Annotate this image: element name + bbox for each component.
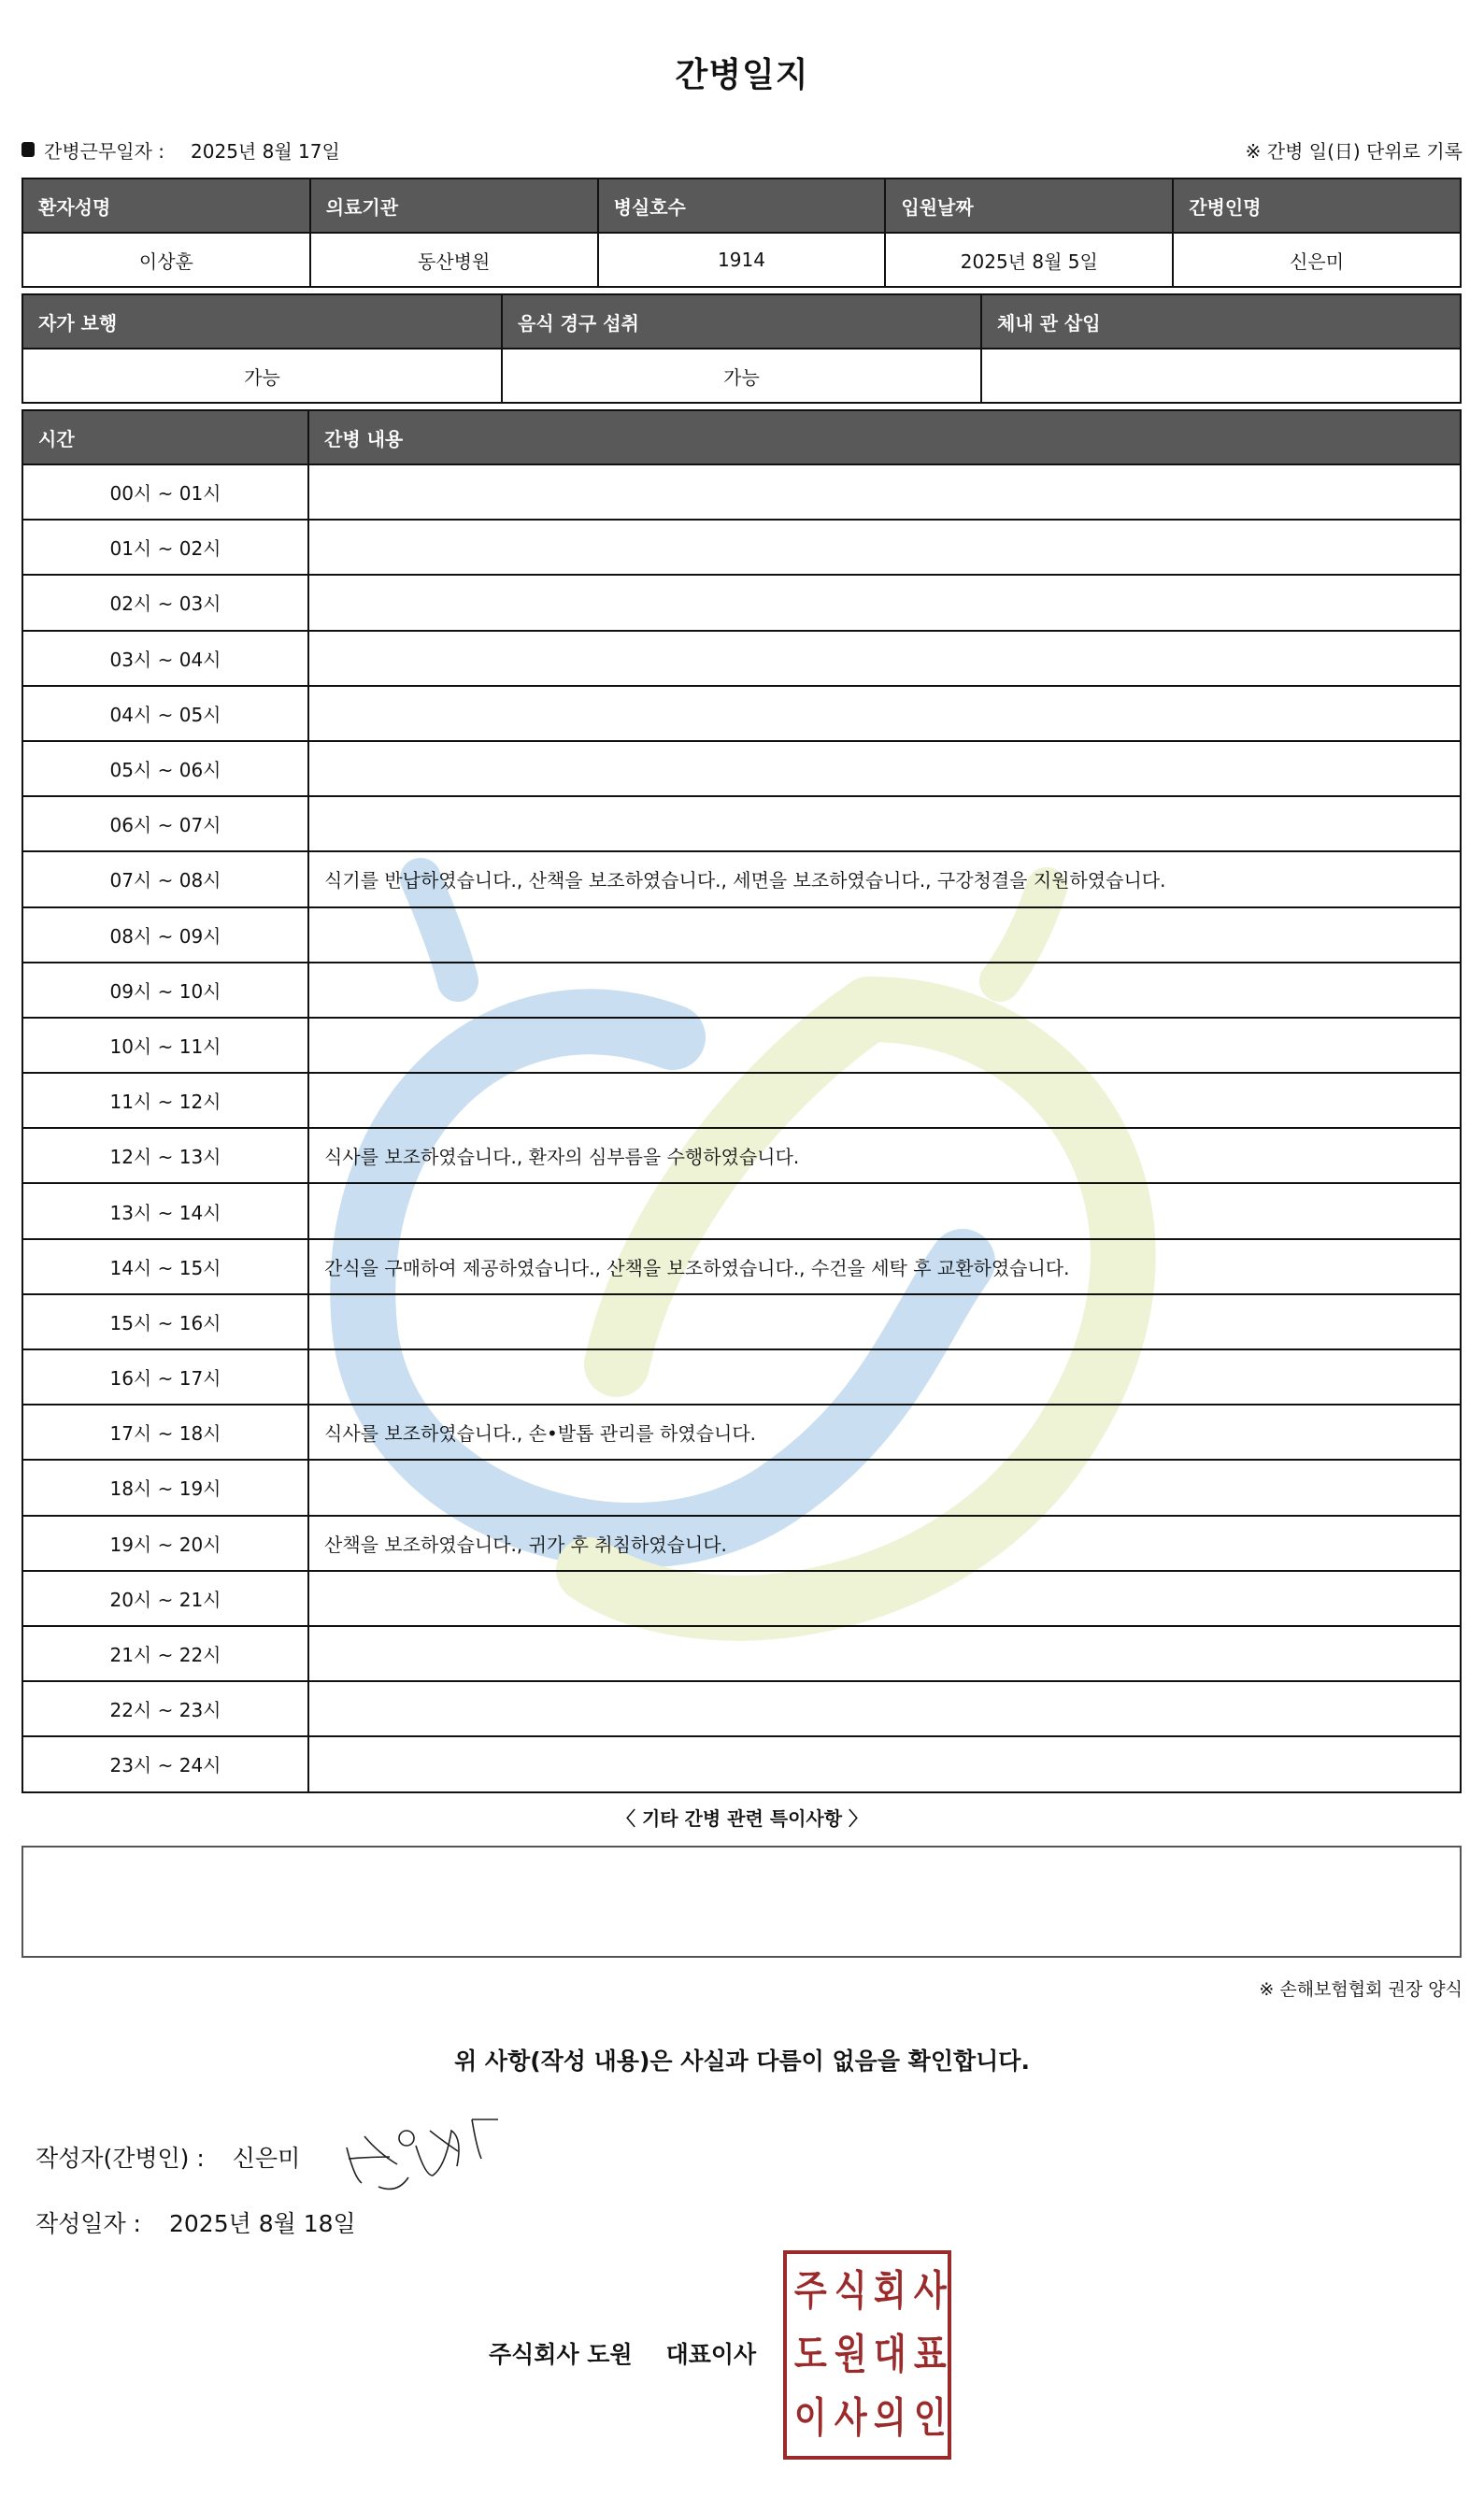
time-slot: 20시 ~ 21시	[22, 1571, 308, 1626]
patient-info-value[interactable]: 신은미	[1173, 233, 1461, 287]
notes-heading: 〈 기타 간병 관련 특이사항 〉	[0, 1804, 1484, 1831]
seal-character: 인	[913, 2387, 946, 2450]
content-column-header: 간병 내용	[308, 410, 1461, 464]
writer-label: 작성자(간병인) :	[36, 2140, 205, 2174]
time-slot: 19시 ~ 20시	[22, 1516, 308, 1571]
table-row: 02시 ~ 03시	[22, 575, 1461, 630]
meta-row: 간병근무일자 : 2025년 8월 17일 ※ 간병 일(日) 단위로 기록	[21, 136, 1463, 164]
ability-info-table: 자가 보행음식 경구 섭취체내 관 삽입 가능가능	[21, 293, 1462, 404]
care-content-cell[interactable]	[308, 1294, 1461, 1349]
care-content-cell[interactable]: 간식을 구매하여 제공하였습니다., 산책을 보조하였습니다., 수건을 세탁 …	[308, 1239, 1461, 1294]
time-slot: 14시 ~ 15시	[22, 1239, 308, 1294]
ability-info-value[interactable]: 가능	[502, 349, 981, 403]
ability-info-header: 자가 보행	[22, 294, 502, 349]
care-content-cell[interactable]	[308, 1571, 1461, 1626]
care-content-cell[interactable]	[308, 1460, 1461, 1515]
time-slot: 08시 ~ 09시	[22, 907, 308, 963]
table-row: 21시 ~ 22시	[22, 1626, 1461, 1681]
table-row: 12시 ~ 13시식사를 보조하였습니다., 환자의 심부름을 수행하였습니다.	[22, 1128, 1461, 1183]
work-date-label: 간병근무일자 :	[44, 136, 164, 164]
patient-info-value[interactable]: 동산병원	[310, 233, 598, 287]
patient-info-header: 병실호수	[598, 178, 886, 233]
written-date-row: 작성일자 : 2025년 8월 18일	[36, 2205, 356, 2239]
seal-character: 도	[794, 2323, 827, 2387]
work-date-value: 2025년 8월 17일	[191, 136, 340, 164]
time-slot: 09시 ~ 10시	[22, 963, 308, 1018]
care-content-cell[interactable]	[308, 963, 1461, 1018]
ability-info-value[interactable]	[981, 349, 1461, 403]
time-slot: 06시 ~ 07시	[22, 796, 308, 851]
care-content-cell[interactable]: 식사를 보조하였습니다., 손•발톱 관리를 하였습니다.	[308, 1405, 1461, 1460]
table-row: 19시 ~ 20시산책을 보조하였습니다., 귀가 후 취침하였습니다.	[22, 1516, 1461, 1571]
table-row: 06시 ~ 07시	[22, 796, 1461, 851]
confirmation-statement: 위 사항(작성 내용)은 사실과 다름이 없음을 확인합니다.	[0, 2043, 1484, 2076]
care-content-cell[interactable]	[308, 1626, 1461, 1681]
time-slot: 13시 ~ 14시	[22, 1183, 308, 1238]
seal-character: 의	[874, 2387, 906, 2450]
seal-character: 대	[874, 2323, 906, 2387]
time-column-header: 시간	[22, 410, 308, 464]
signature-icon	[341, 2110, 509, 2194]
time-slot: 05시 ~ 06시	[22, 741, 308, 796]
time-slot: 07시 ~ 08시	[22, 851, 308, 906]
table-row: 09시 ~ 10시	[22, 963, 1461, 1018]
table-row: 18시 ~ 19시	[22, 1460, 1461, 1515]
ability-info-header: 음식 경구 섭취	[502, 294, 981, 349]
care-content-cell[interactable]	[308, 1018, 1461, 1073]
time-slot: 21시 ~ 22시	[22, 1626, 308, 1681]
table-row: 01시 ~ 02시	[22, 520, 1461, 575]
care-content-cell[interactable]	[308, 1349, 1461, 1405]
time-slot: 01시 ~ 02시	[22, 520, 308, 575]
table-row: 05시 ~ 06시	[22, 741, 1461, 796]
time-slot: 18시 ~ 19시	[22, 1460, 308, 1515]
writer-name: 신은미	[233, 2140, 300, 2174]
care-content-cell[interactable]	[308, 907, 1461, 963]
table-row: 03시 ~ 04시	[22, 631, 1461, 686]
table-row: 14시 ~ 15시간식을 구매하여 제공하였습니다., 산책을 보조하였습니다.…	[22, 1239, 1461, 1294]
table-row: 23시 ~ 24시	[22, 1736, 1461, 1791]
written-date-label: 작성일자 :	[36, 2205, 141, 2239]
seal-character: 표	[913, 2323, 946, 2387]
time-slot: 22시 ~ 23시	[22, 1681, 308, 1736]
table-row: 00시 ~ 01시	[22, 464, 1461, 520]
table-row: 04시 ~ 05시	[22, 686, 1461, 741]
care-content-cell[interactable]	[308, 575, 1461, 630]
patient-info-header: 환자성명	[22, 178, 310, 233]
table-row: 10시 ~ 11시	[22, 1018, 1461, 1073]
table-row: 20시 ~ 21시	[22, 1571, 1461, 1626]
time-slot: 10시 ~ 11시	[22, 1018, 308, 1073]
table-row: 07시 ~ 08시식기를 반납하였습니다., 산책을 보조하였습니다., 세면을…	[22, 851, 1461, 906]
patient-info-header: 의료기관	[310, 178, 598, 233]
company-name: 주식회사 도원	[489, 2336, 633, 2370]
table-row: 16시 ~ 17시	[22, 1349, 1461, 1405]
table-row: 11시 ~ 12시	[22, 1073, 1461, 1128]
time-slot: 03시 ~ 04시	[22, 631, 308, 686]
record-note: ※ 간병 일(日) 단위로 기록	[1246, 136, 1463, 164]
ability-info-header: 체내 관 삽입	[981, 294, 1461, 349]
seal-character: 원	[834, 2323, 866, 2387]
care-content-cell[interactable]: 산책을 보조하였습니다., 귀가 후 취침하였습니다.	[308, 1516, 1461, 1571]
time-slot: 02시 ~ 03시	[22, 575, 308, 630]
square-bullet-icon	[21, 142, 35, 157]
company-row: 주식회사 도원 대표이사	[489, 2336, 756, 2370]
time-slot: 00시 ~ 01시	[22, 464, 308, 520]
notes-box[interactable]	[21, 1846, 1462, 1958]
seal-character: 이	[794, 2387, 827, 2450]
time-slot: 15시 ~ 16시	[22, 1294, 308, 1349]
care-content-cell[interactable]	[308, 631, 1461, 686]
document-title: 간병일지	[0, 49, 1484, 96]
time-slot: 11시 ~ 12시	[22, 1073, 308, 1128]
care-content-cell[interactable]	[308, 796, 1461, 851]
seal-character: 사	[834, 2387, 866, 2450]
time-slot: 12시 ~ 13시	[22, 1128, 308, 1183]
care-content-cell[interactable]	[308, 520, 1461, 575]
care-content-cell[interactable]	[308, 1736, 1461, 1791]
patient-info-header: 입원날짜	[885, 178, 1173, 233]
patient-info-table: 환자성명의료기관병실호수입원날짜간병인명 이상훈동산병원19142025년 8월…	[21, 178, 1462, 288]
written-date-value: 2025년 8월 18일	[169, 2205, 356, 2239]
care-content-cell[interactable]: 식기를 반납하였습니다., 산책을 보조하였습니다., 세면을 보조하였습니다.…	[308, 851, 1461, 906]
table-row: 15시 ~ 16시	[22, 1294, 1461, 1349]
table-row: 08시 ~ 09시	[22, 907, 1461, 963]
seal-character: 회	[874, 2260, 906, 2323]
care-content-cell[interactable]	[308, 686, 1461, 741]
care-log-table: 시간간병 내용 00시 ~ 01시01시 ~ 02시02시 ~ 03시03시 ~…	[21, 409, 1462, 1793]
time-slot: 17시 ~ 18시	[22, 1405, 308, 1460]
seal-character: 주	[794, 2260, 827, 2323]
patient-info-value[interactable]: 1914	[598, 233, 886, 287]
time-slot: 23시 ~ 24시	[22, 1736, 308, 1791]
care-content-cell[interactable]	[308, 1681, 1461, 1736]
patient-info-header: 간병인명	[1173, 178, 1461, 233]
care-content-cell[interactable]	[308, 1183, 1461, 1238]
company-seal-icon: 주식회사도원대표이사의인	[783, 2250, 951, 2460]
care-content-cell[interactable]	[308, 464, 1461, 520]
ceo-title: 대표이사	[666, 2336, 757, 2370]
table-row: 22시 ~ 23시	[22, 1681, 1461, 1736]
care-content-cell[interactable]	[308, 1073, 1461, 1128]
table-row: 13시 ~ 14시	[22, 1183, 1461, 1238]
patient-info-value[interactable]: 이상훈	[22, 233, 310, 287]
care-content-cell[interactable]: 식사를 보조하였습니다., 환자의 심부름을 수행하였습니다.	[308, 1128, 1461, 1183]
time-slot: 04시 ~ 05시	[22, 686, 308, 741]
ability-info-value[interactable]: 가능	[22, 349, 502, 403]
patient-info-value[interactable]: 2025년 8월 5일	[885, 233, 1173, 287]
form-footnote: ※ 손해보험협회 권장 양식	[1259, 1976, 1463, 2001]
work-date: 간병근무일자 : 2025년 8월 17일	[21, 136, 340, 164]
care-content-cell[interactable]	[308, 741, 1461, 796]
writer-row: 작성자(간병인) : 신은미	[36, 2140, 300, 2174]
time-slot: 16시 ~ 17시	[22, 1349, 308, 1405]
seal-character: 식	[834, 2260, 866, 2323]
table-row: 17시 ~ 18시식사를 보조하였습니다., 손•발톱 관리를 하였습니다.	[22, 1405, 1461, 1460]
seal-character: 사	[913, 2260, 946, 2323]
